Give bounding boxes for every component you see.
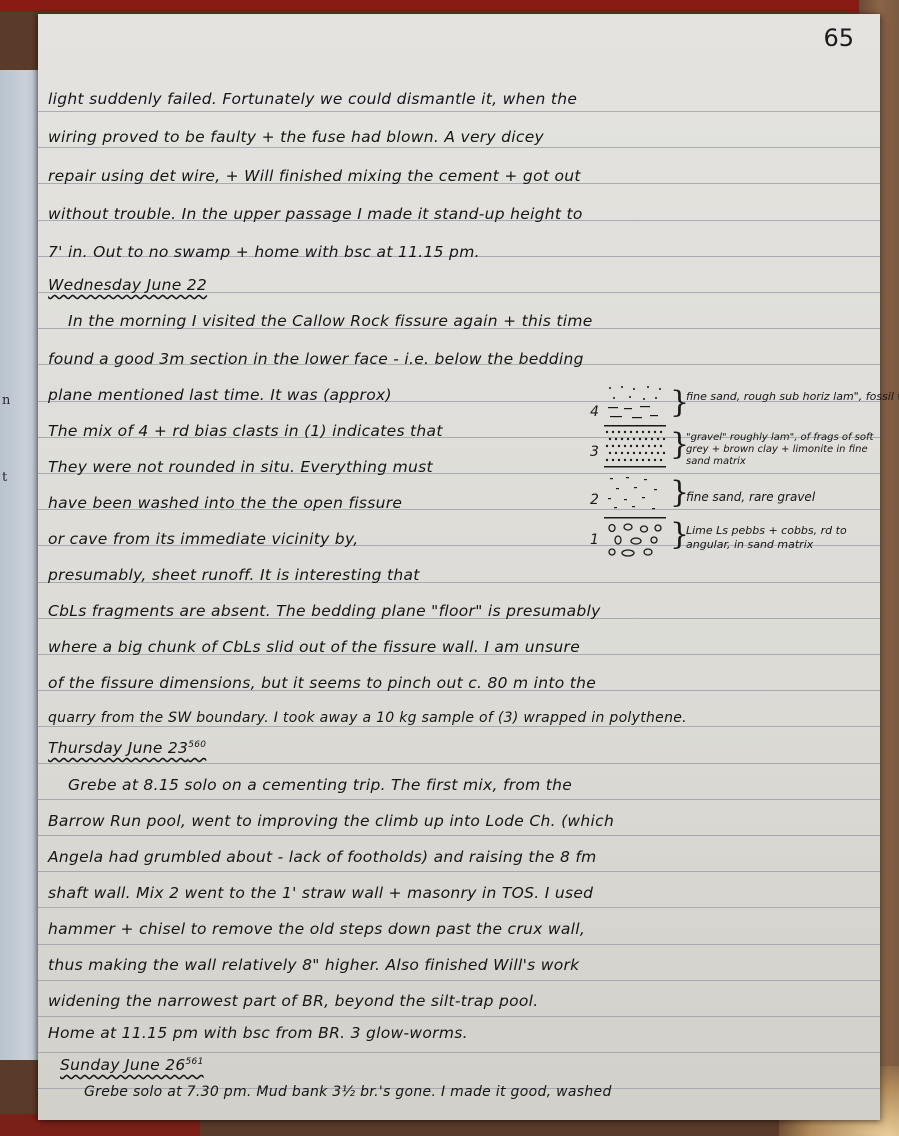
text-line: repair using det wire, + Will finished m… xyxy=(48,167,866,185)
text-line: Barrow Run pool, went to improving the c… xyxy=(48,812,866,830)
bed-number: 1 xyxy=(590,532,599,548)
text-line: where a big chunk of CbLs slid out of th… xyxy=(48,638,866,656)
text-line: They were not rounded in situ. Everythin… xyxy=(48,458,580,476)
text-line: quarry from the SW boundary. I took away… xyxy=(48,710,866,726)
text-line: 7' in. Out to no swamp + home with bsc a… xyxy=(48,243,866,261)
bed-description: fine sand, rough sub horiz lam", fossil … xyxy=(686,390,899,404)
text-line: CbLs fragments are absent. The bedding p… xyxy=(48,602,866,620)
ruled-line xyxy=(38,835,880,836)
text-line: shaft wall. Mix 2 went to the 1' straw w… xyxy=(48,884,866,902)
text-line: without trouble. In the upper passage I … xyxy=(48,205,866,223)
ruled-line xyxy=(38,1016,880,1017)
text-line: wiring proved to be faulty + the fuse ha… xyxy=(48,128,866,146)
text-line: Grebe solo at 7.30 pm. Mud bank 3½ br.'s… xyxy=(84,1084,866,1100)
text-line: In the morning I visited the Callow Rock… xyxy=(68,312,866,330)
bed-number: 2 xyxy=(590,492,599,508)
book-cover-edge xyxy=(0,0,899,12)
text-line: thus making the wall relatively 8" highe… xyxy=(48,956,866,974)
stratigraphic-section-sketch: 4 } fine sand, rough sub horiz lam", fos… xyxy=(590,382,880,592)
ruled-line xyxy=(38,799,880,800)
text-line: of the fissure dimensions, but it seems … xyxy=(48,674,866,692)
bed-number: 3 xyxy=(590,444,599,460)
ruled-line xyxy=(38,726,880,727)
entry-heading: Sunday June 26561 xyxy=(60,1056,204,1074)
ruled-line xyxy=(38,111,880,112)
bed-description: "gravel" roughly lam", of frags of soft … xyxy=(686,432,876,468)
bed-2-sand-pattern xyxy=(604,472,666,512)
text-line: Home at 11.15 pm with bsc from BR. 3 glo… xyxy=(48,1024,866,1042)
left-page-fragment: n xyxy=(2,393,10,408)
text-line: presumably, sheet runoff. It is interest… xyxy=(48,566,580,584)
text-line: hammer + chisel to remove the old steps … xyxy=(48,920,866,938)
bed-description: Lime Ls pebbs + cobbs, rd to angular, in… xyxy=(686,524,866,552)
ruled-line xyxy=(38,980,880,981)
bed-1-pebbles-pattern xyxy=(604,516,666,562)
page-number: 65 xyxy=(823,24,854,52)
notebook-page: 65 light suddenly failed. Fortunately we… xyxy=(38,14,880,1120)
ruled-line xyxy=(38,907,880,908)
entry-heading: Thursday June 23560 xyxy=(48,739,206,757)
ruled-line xyxy=(38,871,880,872)
ruled-line xyxy=(38,147,880,148)
ruled-line xyxy=(38,944,880,945)
text-line: The mix of 4 + rd bias clasts in (1) ind… xyxy=(48,422,580,440)
bed-4-fine-sand-pattern xyxy=(604,382,666,427)
text-line: or cave from its immediate vicinity by, xyxy=(48,530,580,548)
text-line: found a good 3m section in the lower fac… xyxy=(48,350,866,368)
text-line: Grebe at 8.15 solo on a cementing trip. … xyxy=(68,776,866,794)
bed-number: 4 xyxy=(590,404,599,420)
ruled-line xyxy=(38,763,880,764)
left-page-fragment: t xyxy=(2,470,7,485)
ruled-line xyxy=(38,1052,880,1053)
bed-description: fine sand, rare gravel xyxy=(686,490,815,504)
entry-heading: Wednesday June 22 xyxy=(48,276,207,294)
text-line: widening the narrowest part of BR, beyon… xyxy=(48,992,866,1010)
text-line: light suddenly failed. Fortunately we co… xyxy=(48,90,866,108)
bed-3-gravel-pattern xyxy=(604,428,666,468)
text-line: Angela had grumbled about - lack of foot… xyxy=(48,848,866,866)
text-line: plane mentioned last time. It was (appro… xyxy=(48,386,580,404)
text-line: have been washed into the the open fissu… xyxy=(48,494,580,512)
